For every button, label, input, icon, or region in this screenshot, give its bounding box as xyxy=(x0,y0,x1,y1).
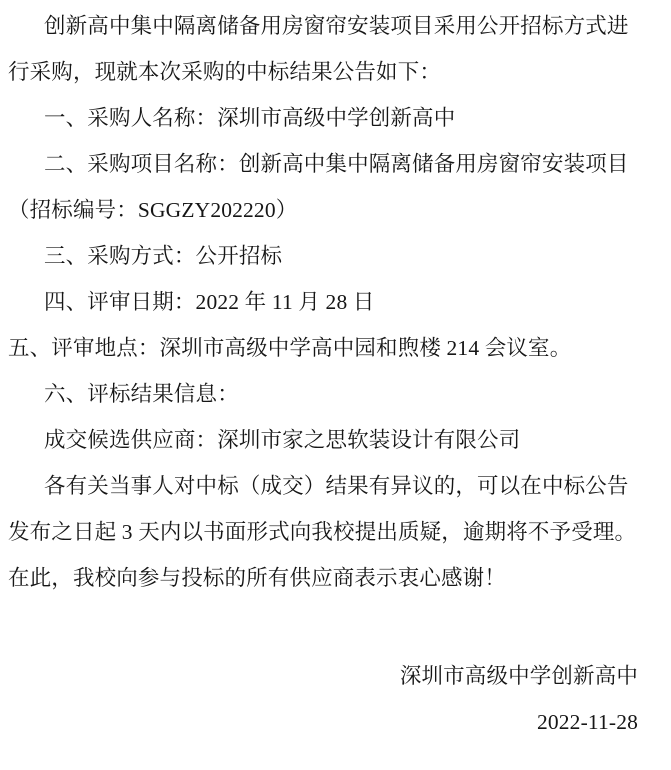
item-1-purchaser: 一、采购人名称：深圳市高级中学创新高中 xyxy=(8,95,638,141)
winning-supplier: 成交候选供应商：深圳市家之思软装设计有限公司 xyxy=(8,417,638,463)
objection-line-1: 各有关当事人对中标（成交）结果有异议的，可以在中标公告 xyxy=(8,463,638,509)
intro-line-1: 创新高中集中隔离储备用房窗帘安装项目采用公开招标方式进 xyxy=(8,3,638,49)
objection-line-2: 发布之日起 3 天内以书面形式向我校提出质疑，逾期将不予受理。 xyxy=(8,509,638,555)
item-3-method: 三、采购方式：公开招标 xyxy=(8,233,638,279)
intro-line-2: 行采购，现就本次采购的中标结果公告如下： xyxy=(8,49,638,95)
signature-line: 深圳市高级中学创新高中 xyxy=(8,653,638,699)
item-6-result-info: 六、评标结果信息： xyxy=(8,371,638,417)
item-2-project-name: 二、采购项目名称：创新高中集中隔离储备用房窗帘安装项目 xyxy=(8,141,638,187)
date-line: 2022-11-28 xyxy=(8,699,638,745)
thanks-line: 在此，我校向参与投标的所有供应商表示衷心感谢！ xyxy=(8,555,638,601)
spacer-line xyxy=(8,601,638,653)
item-5-review-location: 五、评审地点：深圳市高级中学高中园和煦楼 214 会议室。 xyxy=(8,325,638,371)
tender-number: （招标编号：SGGZY202220） xyxy=(8,187,638,233)
item-4-review-date: 四、评审日期：2022 年 11 月 28 日 xyxy=(8,279,638,325)
announcement-document: 创新高中集中隔离储备用房窗帘安装项目采用公开招标方式进行采购，现就本次采购的中标… xyxy=(0,0,671,770)
